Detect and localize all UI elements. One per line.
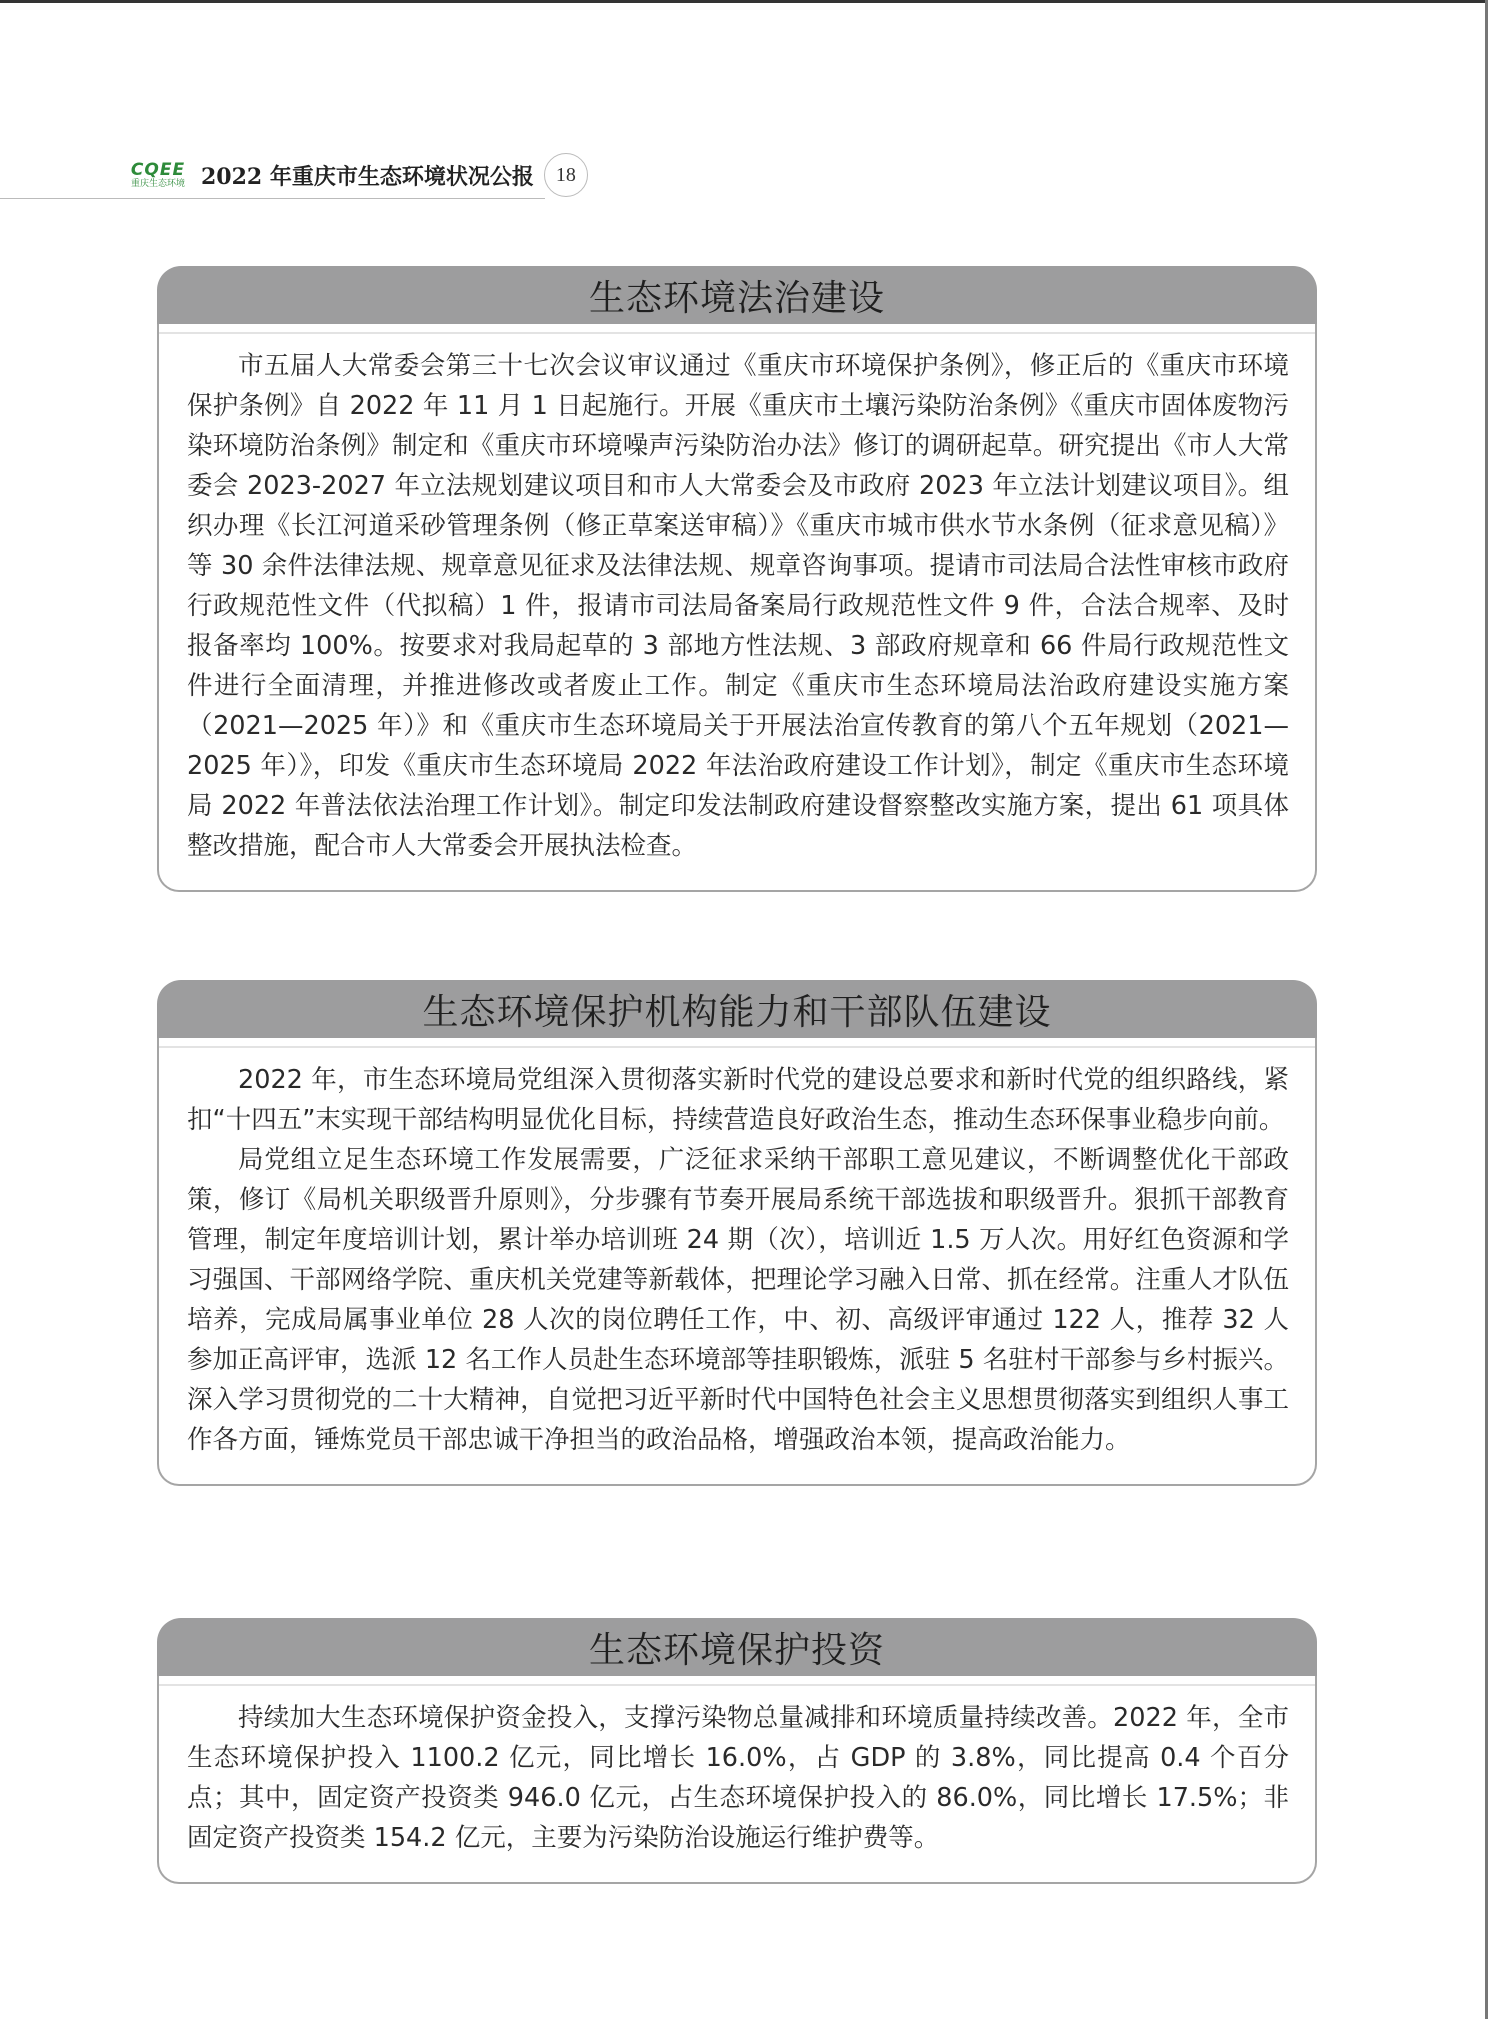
- page-top-border: [0, 0, 1488, 3]
- section-body: 市五届人大常委会第三十七次会议审议通过《重庆市环境保护条例》，修正后的《重庆市环…: [157, 324, 1317, 892]
- section-body: 2022 年，市生态环境局党组深入贯彻落实新时代党的建设总要求和新时代党的组织路…: [157, 1038, 1317, 1486]
- section-title: 生态环境法治建设: [589, 270, 885, 321]
- header-divider: [0, 198, 545, 199]
- section-header: 生态环境保护机构能力和干部队伍建设: [157, 980, 1317, 1038]
- section-title: 生态环境保护投资: [589, 1622, 885, 1673]
- paragraph: 持续加大生态环境保护资金投入，支撑污染物总量减排和环境质量持续改善。2022 年…: [187, 1698, 1289, 1858]
- section-title: 生态环境保护机构能力和干部队伍建设: [422, 984, 1051, 1035]
- section-body: 持续加大生态环境保护资金投入，支撑污染物总量减排和环境质量持续改善。2022 年…: [157, 1676, 1317, 1884]
- paragraph: 2022 年，市生态环境局党组深入贯彻落实新时代党的建设总要求和新时代党的组织路…: [187, 1060, 1289, 1140]
- logo-mark-icon: CQEE: [131, 161, 185, 179]
- section-header: 生态环境法治建设: [157, 266, 1317, 324]
- page-header: CQEE 重庆生态环境 2022 年重庆市生态环境状况公报 18: [125, 155, 588, 195]
- page-number: 18: [544, 153, 588, 197]
- section-institution-capacity: 生态环境保护机构能力和干部队伍建设 2022 年，市生态环境局党组深入贯彻落实新…: [157, 980, 1317, 1486]
- logo-text: 重庆生态环境: [131, 179, 185, 190]
- report-title: 2022 年重庆市生态环境状况公报: [201, 160, 534, 191]
- paragraph: 局党组立足生态环境工作发展需要，广泛征求采纳干部职工意见建议，不断调整优化干部政…: [187, 1140, 1289, 1460]
- section-legal-construction: 生态环境法治建设 市五届人大常委会第三十七次会议审议通过《重庆市环境保护条例》，…: [157, 266, 1317, 892]
- cqee-logo: CQEE 重庆生态环境: [125, 161, 191, 190]
- paragraph: 市五届人大常委会第三十七次会议审议通过《重庆市环境保护条例》，修正后的《重庆市环…: [187, 346, 1289, 866]
- section-header: 生态环境保护投资: [157, 1618, 1317, 1676]
- section-investment: 生态环境保护投资 持续加大生态环境保护资金投入，支撑污染物总量减排和环境质量持续…: [157, 1618, 1317, 1884]
